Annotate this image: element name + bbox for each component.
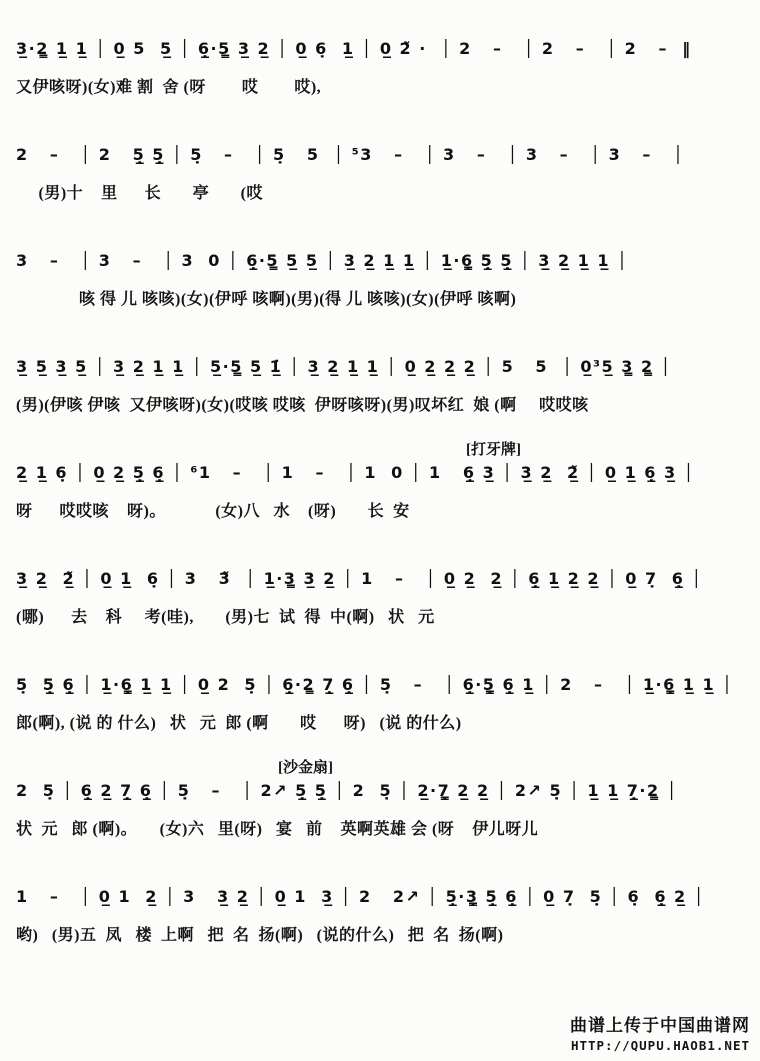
watermark-site-name: 曲谱上传于中国曲谱网 <box>570 1011 750 1036</box>
lyrics-line: 哟) (男)五 凤 楼 上啊 把 名 扬(啊) (说的什么) 把 名 扬(啊) <box>16 922 754 945</box>
music-system: 1 – │ 0̲ 1 2̲ │ 3 3̲ 2̲ │ 0̲ 1 3̲ │ 2 2↗… <box>16 860 754 966</box>
notation-line: 1 – │ 0̲ 1 2̲ │ 3 3̲ 2̲ │ 0̲ 1 3̲ │ 2 2↗… <box>16 887 754 906</box>
notation-line: 5̣ 5̲̣ 6̲̣ │ 1̲·6̳̣ 1̲ 1̲ │ 0̲ 2 5̣ │ 6̲… <box>16 675 754 694</box>
systems-container: 3̲·2̳ 1̲ 1̲ │ 0̲ 5 5̲ │ 6̲̣·5̳ 3̲ 2̲ │ 0… <box>16 12 754 966</box>
music-system: [打牙牌] 2̲ 1̲ 6̣ │ 0̲ 2̲ 5̲̣ 6̲̣ │ ⁶1 – │ … <box>16 436 754 542</box>
lyrics-line: (男)(伊咳 伊咳 又伊咳呀)(女)(哎咳 哎咳 伊呀咳呀)(男)叹坏红 娘 (… <box>16 392 754 415</box>
music-system: 3̲ 2̲ 2̲̃ │ 0̲ 1̲ 6̣ │ 3 3̃ │ 1̲·3̳ 3̲ 2… <box>16 542 754 648</box>
notation-line: 2̲ 1̲ 6̣ │ 0̲ 2̲ 5̲̣ 6̲̣ │ ⁶1 – │ 1 – │ … <box>16 463 754 482</box>
section-annotation: [沙金扇] <box>278 756 333 777</box>
notation-line: 2 5̣ │ 6̲̣ 2̲ 7̲̣ 6̲̣ │ 5̣ – │ 2↗ 5̲̣ 5̲… <box>16 781 754 800</box>
lyrics-line: 又伊咳呀)(女)难 割 舍 (呀 哎 哎), <box>16 74 754 97</box>
notation-line: 3̲·2̳ 1̲ 1̲ │ 0̲ 5 5̲ │ 6̲̣·5̳ 3̲ 2̲ │ 0… <box>16 39 754 58</box>
section-annotation: [打牙牌] <box>466 438 521 459</box>
music-system: 2 – │ 2 5̲̣ 5̲̣ │ 5̣ – │ 5̣ 5 │ ⁵3 – │ 3… <box>16 118 754 224</box>
notation-line: 3 – │ 3 – │ 3 0 │ 6̲̣·5̳ 5̲ 5̲ │ 3̲ 2̲ 1… <box>16 251 754 270</box>
music-system: 5̣ 5̲̣ 6̲̣ │ 1̲·6̳̣ 1̲ 1̲ │ 0̲ 2 5̣ │ 6̲… <box>16 648 754 754</box>
watermark-url: HTTP://QUPU.HAOB1.NET <box>570 1038 750 1053</box>
lyrics-line: 状 元 郎 (啊)。 (女)六 里(呀) 宴 前 英啊英雄 会 (呀 伊儿呀儿 <box>16 816 754 839</box>
notation-line: 3̲ 5̲ 3̲ 5̲ │ 3̲ 2̲ 1̲ 1̲ │ 5̲·5̳ 5̲ 1̲̇… <box>16 357 754 376</box>
notation-line: 3̲ 2̲ 2̲̃ │ 0̲ 1̲ 6̣ │ 3 3̃ │ 1̲·3̳ 3̲ 2… <box>16 569 754 588</box>
notation-line: 2 – │ 2 5̲̣ 5̲̣ │ 5̣ – │ 5̣ 5 │ ⁵3 – │ 3… <box>16 145 754 164</box>
watermark: 曲谱上传于中国曲谱网 HTTP://QUPU.HAOB1.NET <box>570 1011 750 1053</box>
music-system: [沙金扇] 2 5̣ │ 6̲̣ 2̲ 7̲̣ 6̲̣ │ 5̣ – │ 2↗ … <box>16 754 754 860</box>
lyrics-line: 咳 得 儿 咳咳)(女)(伊呼 咳啊)(男)(得 儿 咳咳)(女)(伊呼 咳啊) <box>16 286 754 309</box>
lyrics-line: 呀 哎哎咳 呀)。 (女)八 水 (呀) 长 安 <box>16 498 754 521</box>
music-system: 3̲·2̳ 1̲ 1̲ │ 0̲ 5 5̲ │ 6̲̣·5̳ 3̲ 2̲ │ 0… <box>16 12 754 118</box>
lyrics-line: (男)十 里 长 亭 (哎 <box>16 180 754 203</box>
lyrics-line: (哪) 去 科 考(哇), (男)七 试 得 中(啊) 状 元 <box>16 604 754 627</box>
music-system: 3 – │ 3 – │ 3 0 │ 6̲̣·5̳ 5̲ 5̲ │ 3̲ 2̲ 1… <box>16 224 754 330</box>
sheet-music-page: 3̲·2̳ 1̲ 1̲ │ 0̲ 5 5̲ │ 6̲̣·5̳ 3̲ 2̲ │ 0… <box>0 0 760 1061</box>
music-system: 3̲ 5̲ 3̲ 5̲ │ 3̲ 2̲ 1̲ 1̲ │ 5̲·5̳ 5̲ 1̲̇… <box>16 330 754 436</box>
lyrics-line: 郎(啊), (说 的 什么) 状 元 郎 (啊 哎 呀) (说 的什么) <box>16 710 754 733</box>
